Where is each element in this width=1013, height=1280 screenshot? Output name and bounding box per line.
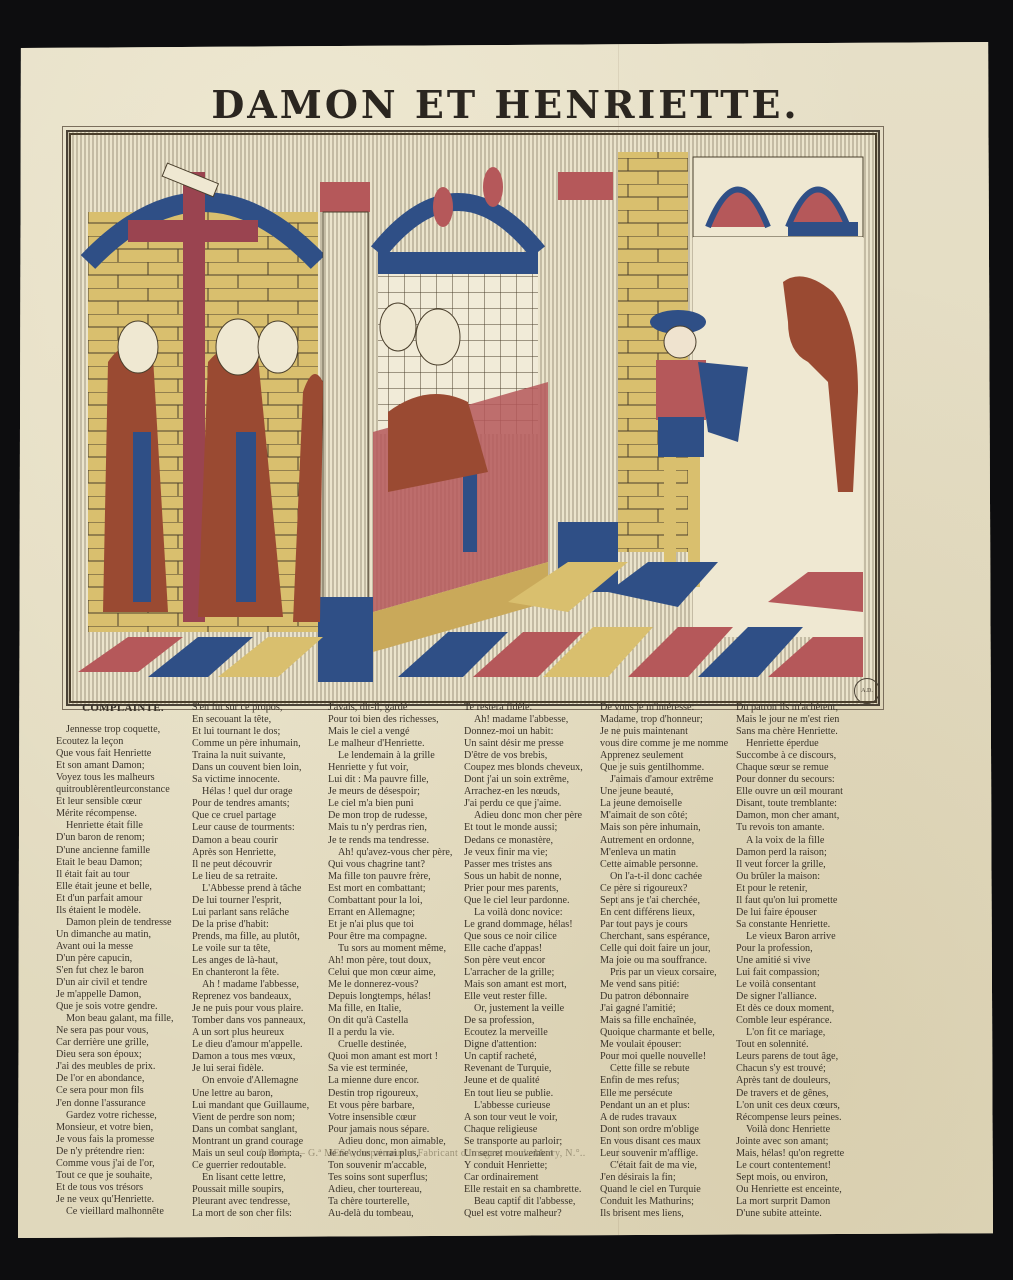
verse-line: Je ne veux qu'Henriette. <box>56 1194 190 1206</box>
verse-column-1: COMPLAINTE. Jennesse trop coquette,Ecout… <box>56 702 192 1142</box>
verse-line: Il ne peut découvrir <box>192 859 326 871</box>
verse-line: Jennesse trop coquette, <box>56 724 190 736</box>
verse-line: Et vous père barbare, <box>328 1100 462 1112</box>
verse-line: Mais, hélas! qu'on regrette <box>736 1148 870 1160</box>
verse-line: Je lui serai fidèle. <box>192 1063 326 1075</box>
verse-line: Reprenez vos bandeaux, <box>192 991 326 1003</box>
woodcut-illustration <box>66 130 880 706</box>
verse-line: D'être de vos brebis, <box>464 750 598 762</box>
verse-line: Sa vie est terminée, <box>328 1063 462 1075</box>
verse-line: Mais son père inhumain, <box>600 822 734 834</box>
verse-line: Le lendemain à la grille <box>328 750 462 762</box>
verse-line: Et dès ce doux moment, <box>736 1003 870 1015</box>
verse-column-4: Te restera fidèle.Ah! madame l'abbesse,D… <box>464 702 600 1142</box>
verse-line: Mais tu n'y perdras rien, <box>328 822 462 834</box>
verse-line: Avant oui la messe <box>56 941 190 953</box>
verse-line: Pour moi quelle nouvelle! <box>600 1051 734 1063</box>
verse-line: Et d'un parfait amour <box>56 893 190 905</box>
verse-line: Combattant pour la loi, <box>328 895 462 907</box>
verse-line: Dedans ce monastère, <box>464 835 598 847</box>
verse-line: Vient de perdre son nom; <box>192 1112 326 1124</box>
verse-line: Le malheur d'Henriette. <box>328 738 462 750</box>
verse-line: Après tant de douleurs, <box>736 1075 870 1087</box>
verse-line: Te restera fidèle. <box>464 702 598 714</box>
verse-line: Leurs parens de tout âge, <box>736 1051 870 1063</box>
verse-line: En chanteront la fête. <box>192 967 326 979</box>
verse-line: J'avais, dit-il, gardé <box>328 702 462 714</box>
verse-line: Adieu donc mon cher père <box>464 810 598 822</box>
verse-line: Coupez mes blonds cheveux, <box>464 762 598 774</box>
verse-line: Je m'appelle Damon, <box>56 989 190 1001</box>
verse-line: La mort surprit Damon <box>736 1196 870 1208</box>
verse-line: Que je sois votre gendre. <box>56 1001 190 1013</box>
verse-line: L'arracher de la grille; <box>464 967 598 979</box>
verse-line: Pour toi bien des richesses, <box>328 714 462 726</box>
verse-line: Ecoutez la leçon <box>56 736 190 748</box>
verse-line: Prends, ma fille, au plutôt, <box>192 931 326 943</box>
verse-line: Me voulait épouser: <box>600 1039 734 1051</box>
verse-line: Ce vieillard malhonnête <box>56 1206 190 1218</box>
verse-line: Une amitié si vive <box>736 955 870 967</box>
verse-line: A la voix de la fille <box>736 835 870 847</box>
verse-line: Que je suis gentilhomme. <box>600 762 734 774</box>
verse-line: Pour jamais nous sépare. <box>328 1124 462 1136</box>
verse-line: D'un baron de renom; <box>56 832 190 844</box>
verse-line: Quel est votre malheur? <box>464 1208 598 1220</box>
verse-line: En secouant la tête, <box>192 714 326 726</box>
verse-column-6: Du patron ils m'achètent,Mais le jour ne… <box>736 702 872 1142</box>
verse-line: Ce guerrier redoutable. <box>192 1160 326 1172</box>
verse-line: Ou brûler la maison: <box>736 871 870 883</box>
verse-line: Lui mandant que Guillaume, <box>192 1100 326 1112</box>
verse-line: Tes soins sont superflus; <box>328 1172 462 1184</box>
verse-line: De travers et de gênes, <box>736 1088 870 1100</box>
verse-line: Après son Henriette, <box>192 847 326 859</box>
verse-line: vous dire comme je me nomme <box>600 738 734 750</box>
verse-line: Elle ouvre un œil mourant <box>736 786 870 798</box>
verse-line: Ce père si rigoureux? <box>600 883 734 895</box>
verse-line: Sa victime innocente. <box>192 774 326 786</box>
verse-line: Henriette y fut voir, <box>328 762 462 774</box>
verse-line: Et lui tournant le dos; <box>192 726 326 738</box>
verse-line: Gardez votre richesse, <box>56 1110 190 1122</box>
verse-line: La mort de son cher fils: <box>192 1208 326 1220</box>
verse-line: Elle restait en sa chambrette. <box>464 1184 598 1196</box>
verse-line: De mon trop de rudesse, <box>328 810 462 822</box>
verse-line: Ah! mon père, tout doux, <box>328 955 462 967</box>
verse-line: Et leur sensible cœur <box>56 796 190 808</box>
verse-line: De vous je m'intéresse: <box>600 702 734 714</box>
verse-line: Enfin de mes refus; <box>600 1075 734 1087</box>
verse-line: M'aimait de son côté; <box>600 810 734 822</box>
verse-line: Succombe à ce discours, <box>736 750 870 762</box>
verse-line: M'enleva un matin <box>600 847 734 859</box>
verse-line: Car derrière une grille, <box>56 1037 190 1049</box>
verse-line: Quoique charmante et belle, <box>600 1027 734 1039</box>
verse-line: En tout lieu se publie. <box>464 1088 598 1100</box>
verse-line: Passer mes tristes ans <box>464 859 598 871</box>
verse-line: Dont j'ai un soin extrême, <box>464 774 598 786</box>
verse-line: Prier pour mes parents, <box>464 883 598 895</box>
verse-line: Dont son ordre m'oblige <box>600 1124 734 1136</box>
verse-line: Ce sera pour mon fils <box>56 1085 190 1097</box>
verse-line: Chacun s'y est trouvé; <box>736 1063 870 1075</box>
verse-line: L'abbesse curieuse <box>464 1100 598 1112</box>
verse-line: En lisant cette lettre, <box>192 1172 326 1184</box>
verse-line: Revenant de Turquie, <box>464 1063 598 1075</box>
verse-line: D'une subite atteinte. <box>736 1208 870 1220</box>
verse-line: D'un air civil et tendre <box>56 977 190 989</box>
verse-line: Celle qui doit faire un jour, <box>600 943 734 955</box>
verse-line: Mérite récompense. <box>56 808 190 820</box>
verse-line: Que ce cruel partage <box>192 810 326 822</box>
verse-line: Disant, toute tremblante: <box>736 798 870 810</box>
verse-line: Il faut qu'on lui promette <box>736 895 870 907</box>
verse-line: Ecoutez la merveille <box>464 1027 598 1039</box>
verse-line: Pour donner du secours: <box>736 774 870 786</box>
verse-line: Comme vous j'ai de l'or, <box>56 1158 190 1170</box>
verse-line: Damon a tous mes vœux, <box>192 1051 326 1063</box>
verse-line: Mais son amant est mort, <box>464 979 598 991</box>
verse-column-5: De vous je m'intéresse:Madame, trop d'ho… <box>600 702 736 1142</box>
verse-line: Etait le beau Damon; <box>56 857 190 869</box>
verse-line: Tu revois ton amante. <box>736 822 870 834</box>
verse-line: Je vous fais la promesse <box>56 1134 190 1146</box>
verse-line: Adieu, cher tourtereau, <box>328 1184 462 1196</box>
verse-line: Ah ! madame l'abbesse, <box>192 979 326 991</box>
verse-line: Se transporte au parloir; <box>464 1136 598 1148</box>
verse-line: Errant en Allemagne; <box>328 907 462 919</box>
verse-line: J'aimais d'amour extrême <box>600 774 734 786</box>
page-title: DAMON ET HENRIETTE. <box>18 82 993 127</box>
verse-line: Quand le ciel en Turquie <box>600 1184 734 1196</box>
verse-line: Une jeune beauté, <box>600 786 734 798</box>
verse-line: Un captif racheté, <box>464 1051 598 1063</box>
verse-line: De lui faire épouser <box>736 907 870 919</box>
verse-line: Il veut forcer la grille, <box>736 859 870 871</box>
verse-line: Lui parlant sans relâche <box>192 907 326 919</box>
verse-line: A un sort plus heureux <box>192 1027 326 1039</box>
verse-line: Le voilà consentant <box>736 979 870 991</box>
verse-line: Récompense leurs peines. <box>736 1112 870 1124</box>
verse-line: Ma joie ou ma souffrance. <box>600 955 734 967</box>
verse-line: Celui que mon cœur aime, <box>328 967 462 979</box>
verse-line: Traina la nuit suivante, <box>192 750 326 762</box>
library-stamp: A.D. <box>854 678 880 704</box>
verse-line: Au-delà du tombeau, <box>328 1208 462 1220</box>
verse-line: Pleurant avec tendresse, <box>192 1196 326 1208</box>
verse-line: S'en fut chez le baron <box>56 965 190 977</box>
verse-line: J'en désirais la fin; <box>600 1172 734 1184</box>
verse-line: Il était fait au tour <box>56 869 190 881</box>
verse-line: Me le donnerez-vous? <box>328 979 462 991</box>
verse-line: L'Abbesse prend à tâche <box>192 883 326 895</box>
verse-line: Arrachez-en les nœuds, <box>464 786 598 798</box>
verse-line: A son tour veut le voir, <box>464 1112 598 1124</box>
broadside-sheet: DAMON ET HENRIETTE. <box>18 42 993 1238</box>
verse-line: Cherchant, sans espérance, <box>600 931 734 943</box>
verse-column-3: J'avais, dit-il, gardéPour toi bien des … <box>328 702 464 1142</box>
verse-line: J'ai des meubles de prix. <box>56 1061 190 1073</box>
verse-line: Je te rends ma tendresse. <box>328 835 462 847</box>
verse-line: Tomber dans vos panneaux, <box>192 1015 326 1027</box>
verse-line: Madame, trop d'honneur; <box>600 714 734 726</box>
verse-line: Que vous fait Henriette <box>56 748 190 760</box>
verse-line: La mienne dure encor. <box>328 1075 462 1087</box>
verse-line: Sa constante Henriette. <box>736 919 870 931</box>
verse-line: La jeune demoiselle <box>600 798 734 810</box>
verse-line: Destin trop rigoureux, <box>328 1088 462 1100</box>
verse-line: Le ciel m'a bien puni <box>328 798 462 810</box>
verse-line: L'on fit ce mariage, <box>736 1027 870 1039</box>
verse-line: Qui vous chagrine tant? <box>328 859 462 871</box>
verse-line: Pour la profession, <box>736 943 870 955</box>
verse-line: Le dieu d'amour m'appelle. <box>192 1039 326 1051</box>
verse-line: De la prise d'habit: <box>192 919 326 931</box>
verse-line: Son père veut encor <box>464 955 598 967</box>
verse-line: Leur cause de tourments: <box>192 822 326 834</box>
verse-line: Autrement en ordonne, <box>600 835 734 847</box>
verse-line: J'ai gagné l'amitié; <box>600 1003 734 1015</box>
verse-line: Et je n'ai plus que toi <box>328 919 462 931</box>
verse-line: Elle était jeune et belle, <box>56 881 190 893</box>
verse-line: Je ne puis maintenant <box>600 726 734 738</box>
verse-line: Un dimanche au matin, <box>56 929 190 941</box>
verse-line: Apprenez seulement <box>600 750 734 762</box>
verse-line: D'un père capucin, <box>56 953 190 965</box>
verse-line: La voilà donc novice: <box>464 907 598 919</box>
verse-line: A de rudes travaux <box>600 1112 734 1124</box>
verse-line: J'ai perdu ce que j'aime. <box>464 798 598 810</box>
verse-line: Or, justement la veille <box>464 1003 598 1015</box>
verse-line: De signer l'alliance. <box>736 991 870 1003</box>
complainte-text: COMPLAINTE. Jennesse trop coquette,Ecout… <box>56 702 896 1142</box>
verse-line: Monsieur, et votre bien, <box>56 1122 190 1134</box>
verse-line: Par tout pays je cours <box>600 919 734 931</box>
verse-line: Cette aimable personne. <box>600 859 734 871</box>
verse-line: Du patron débonnaire <box>600 991 734 1003</box>
verse-line: Beau captif dit l'abbesse, <box>464 1196 598 1208</box>
verse-line: Et pour le retenir, <box>736 883 870 895</box>
verse-line: Jointe avec son amant; <box>736 1136 870 1148</box>
verse-line: Pendant un an et plus: <box>600 1100 734 1112</box>
verse-line: Damon a beau courir <box>192 835 326 847</box>
verse-line: quitroublèrentleurconstance <box>56 784 190 796</box>
verse-line: Tu sors au moment même, <box>328 943 462 955</box>
verse-line: Depuis longtemps, hélas! <box>328 991 462 1003</box>
verse-line: Hélas ! quel dur orage <box>192 786 326 798</box>
verse-line: Sans ma chère Henriette. <box>736 726 870 738</box>
verse-line: On envoie d'Allemagne <box>192 1075 326 1087</box>
verse-line: Adieu donc, mon aimable, <box>328 1136 462 1148</box>
verse-line: Damon, mon cher amant, <box>736 810 870 822</box>
verse-line: Mais sa fille enchaînée, <box>600 1015 734 1027</box>
verse-line: C'était fait de ma vie, <box>600 1160 734 1172</box>
verse-line: Me vend sans pitié: <box>600 979 734 991</box>
verse-line: Chaque sœur se remue <box>736 762 870 774</box>
verse-line: Mon beau galant, ma fille, <box>56 1013 190 1025</box>
verse-line: Jeune et de qualité <box>464 1075 598 1087</box>
verse-line: En vous disant ces maux <box>600 1136 734 1148</box>
verse-line: D'une ancienne famille <box>56 845 190 857</box>
verse-line: Donnez-moi un habit: <box>464 726 598 738</box>
verse-line: De sa profession, <box>464 1015 598 1027</box>
verse-line: Le grand dommage, hélas! <box>464 919 598 931</box>
verse-line: Voilà donc Henriette <box>736 1124 870 1136</box>
verse-line: Tout en solennité. <box>736 1039 870 1051</box>
verse-line: Pris par un vieux corsaire, <box>600 967 734 979</box>
verse-line: Ma fille, en Italie, <box>328 1003 462 1015</box>
verse-line: Ils étaient le modèle. <box>56 905 190 917</box>
verse-line: Dans un couvent bien loin, <box>192 762 326 774</box>
verse-line: Dieu sera son époux; <box>56 1049 190 1061</box>
verse-line: Sous un habit de nonne, <box>464 871 598 883</box>
verse-line: Comme un père inhumain, <box>192 738 326 750</box>
printer-imprint: A Paris. — G.ª MESA, Imprimeur et Fabric… <box>258 1148 586 1159</box>
verse-line: Le lieu de sa retraite. <box>192 871 326 883</box>
verse-line: De l'or en abondance, <box>56 1073 190 1085</box>
verse-line: Je veux finir ma vie; <box>464 847 598 859</box>
verse-line: Que sous ce noir cilice <box>464 931 598 943</box>
verse-line: Conduit les Mathurins; <box>600 1196 734 1208</box>
verse-line: Damon perd la raison; <box>736 847 870 859</box>
verse-line: Henriette éperdue <box>736 738 870 750</box>
verse-line: Elle cache d'appas! <box>464 943 598 955</box>
verse-line: Et tout le monde aussi; <box>464 822 598 834</box>
verse-line: Je ne puis pour vous plaire. <box>192 1003 326 1015</box>
verse-line: Henriette était fille <box>56 820 190 832</box>
verse-line: Quoi mon amant est mort ! <box>328 1051 462 1063</box>
complainte-heading: COMPLAINTE. <box>56 702 190 714</box>
verse-line: Y conduit Henriette; <box>464 1160 598 1172</box>
verse-line: On dit qu'à Castella <box>328 1015 462 1027</box>
verse-line: Pour de tendres amants; <box>192 798 326 810</box>
verse-line: Du patron ils m'achètent, <box>736 702 870 714</box>
convent-scene-image <box>68 132 878 704</box>
verse-line: Votre insensible cœur <box>328 1112 462 1124</box>
verse-line: Damon plein de tendresse <box>56 917 190 929</box>
verse-line: Comble leur espérance. <box>736 1015 870 1027</box>
verse-line: Ton souvenir m'accable, <box>328 1160 462 1172</box>
verse-line: Elle me persécute <box>600 1088 734 1100</box>
verse-line: Tout ce que je souhaite, <box>56 1170 190 1182</box>
verse-line: On l'a-t-il donc cachée <box>600 871 734 883</box>
verse-line: Les anges de là-haut, <box>192 955 326 967</box>
verse-line: Ta chère tourterelle, <box>328 1196 462 1208</box>
verse-line: Car ordinairement <box>464 1172 598 1184</box>
verse-line: Poussait mille soupirs, <box>192 1184 326 1196</box>
verse-line: Lui fait compassion; <box>736 967 870 979</box>
verse-line: Mais le ciel a vengé <box>328 726 462 738</box>
verse-line: Ma fille ton pauvre frère, <box>328 871 462 883</box>
verse-line: Une lettre au baron, <box>192 1088 326 1100</box>
verse-line: Le court contentement! <box>736 1160 870 1172</box>
verse-line: Ah! madame l'abbesse, <box>464 714 598 726</box>
verse-line: Montrant un grand courage <box>192 1136 326 1148</box>
verse-line: Ils brisent mes liens, <box>600 1208 734 1220</box>
verse-line: Digne d'attention: <box>464 1039 598 1051</box>
verse-line: L'on unit ces deux cœurs, <box>736 1100 870 1112</box>
verse-line: En cent différens lieux, <box>600 907 734 919</box>
verse-line: Ou Henriette est enceinte, <box>736 1184 870 1196</box>
verse-line: Et son amant Damon; <box>56 760 190 772</box>
verse-line: Il a perdu la vie. <box>328 1027 462 1039</box>
verse-line: Elle veut rester fille. <box>464 991 598 1003</box>
verse-line: Ne sera pas pour vous, <box>56 1025 190 1037</box>
verse-line: Le vieux Baron arrive <box>736 931 870 943</box>
verse-line: Que le ciel leur pardonne. <box>464 895 598 907</box>
verse-line: Chaque religieuse <box>464 1124 598 1136</box>
verse-line: Un saint désir me presse <box>464 738 598 750</box>
verse-line: Dans un combat sanglant, <box>192 1124 326 1136</box>
verse-column-2: S'en fut sur ce propos,En secouant la tê… <box>192 702 328 1142</box>
verse-line: Ah! qu'avez-vous cher père, <box>328 847 462 859</box>
verse-line: S'en fut sur ce propos, <box>192 702 326 714</box>
verse-line: Je meurs de désespoir; <box>328 786 462 798</box>
verse-line: Et de tous vos trésors <box>56 1182 190 1194</box>
verse-line: Sept mois, ou environ, <box>736 1172 870 1184</box>
verse-line: Est mort en combattant; <box>328 883 462 895</box>
verse-line: De lui tourner l'esprit, <box>192 895 326 907</box>
verse-line: Cruelle destinée, <box>328 1039 462 1051</box>
verse-line: Cette fille se rebute <box>600 1063 734 1075</box>
verse-line: Voyez tous les malheurs <box>56 772 190 784</box>
verse-line: J'en donne l'assurance <box>56 1098 190 1110</box>
verse-line: Sept ans je t'ai cherchée, <box>600 895 734 907</box>
verse-line: Mais le jour ne m'est rien <box>736 714 870 726</box>
verse-line: Le voile sur ta tête, <box>192 943 326 955</box>
verse-line: De n'y prétendre rien: <box>56 1146 190 1158</box>
verse-line: Lui dit : Ma pauvre fille, <box>328 774 462 786</box>
verse-line: Pour être ma compagne. <box>328 931 462 943</box>
verse-line: Leur souvenir m'afflige. <box>600 1148 734 1160</box>
